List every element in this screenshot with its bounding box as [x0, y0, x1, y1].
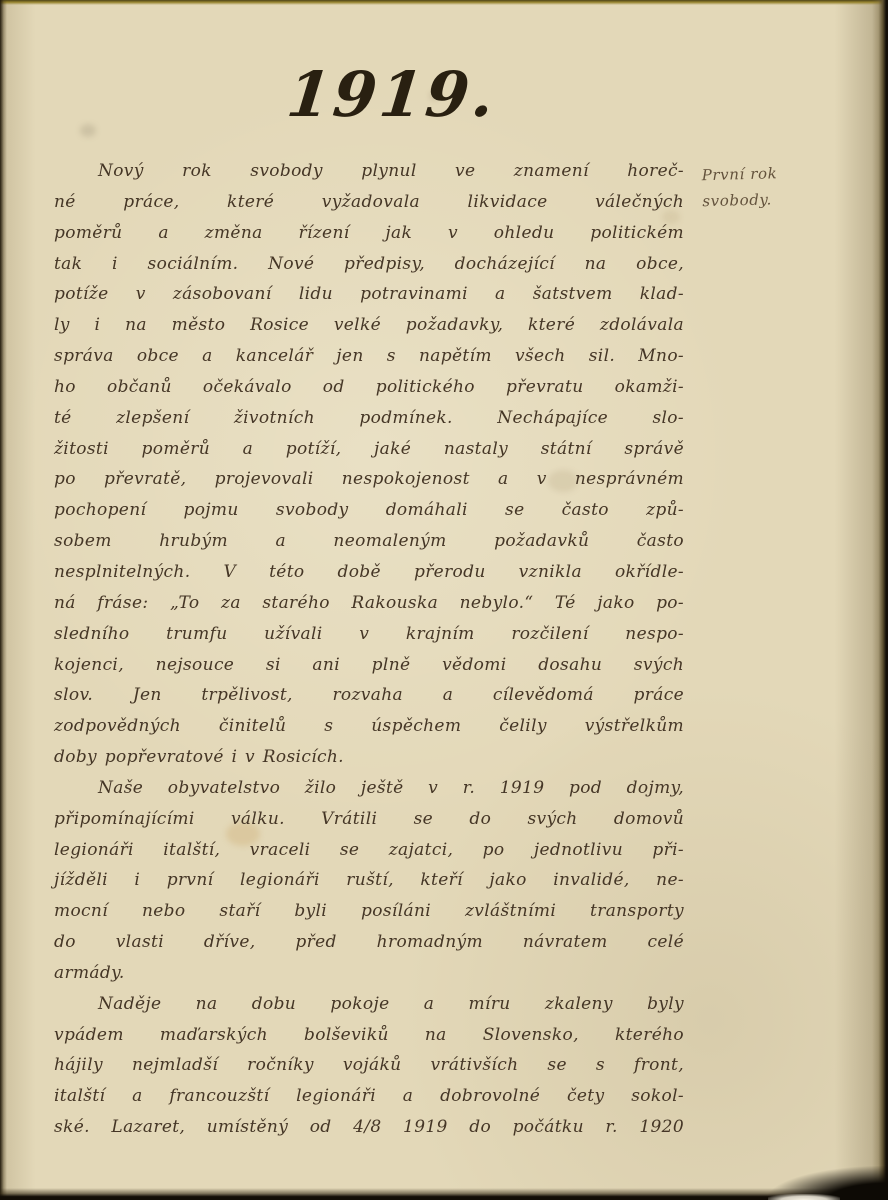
page-edge-right: [872, 0, 888, 1200]
handwritten-line: sledního trumfu užívali v krajním rozčil…: [54, 619, 684, 650]
handwritten-line: té zlepšení životních podmínek. Nechápaj…: [54, 403, 684, 434]
handwritten-line: ské. Lazaret, umístěný od 4/8 1919 do po…: [54, 1112, 684, 1143]
handwritten-line: pochopení pojmu svobody domáhali se čast…: [54, 495, 684, 526]
handwritten-line: správa obce a kancelář jen s napětím vše…: [54, 341, 684, 372]
handwritten-line: sobem hrubým a neomaleným požadavků čast…: [54, 526, 684, 557]
page-corner-shadow: [768, 1166, 888, 1200]
margin-note-line: svobody.: [702, 184, 873, 214]
page-edge-top: [0, 0, 888, 5]
handwritten-line: doby popřevratové i v Rosicích.: [54, 742, 684, 773]
handwritten-line: ly i na město Rosice velké požadavky, kt…: [54, 310, 684, 341]
chronicle-text: Nový rok svobody plynul ve znamení horeč…: [54, 156, 684, 1143]
page-edge-bottom: [0, 1188, 888, 1200]
handwritten-line: kojenci, nejsouce si ani plně vědomi dos…: [54, 650, 684, 681]
year-heading: 1919.: [278, 58, 506, 131]
handwritten-line: tak i sociálním. Nové předpisy, docházej…: [54, 249, 684, 280]
handwritten-line: ná fráse: „To za starého Rakouska nebylo…: [54, 588, 684, 619]
handwritten-line: Naše obyvatelstvo žilo ještě v r. 1919 p…: [54, 773, 684, 804]
handwritten-line: ho občanů očekávalo od politického převr…: [54, 372, 684, 403]
margin-note: První rok svobody.: [701, 158, 872, 214]
handwritten-line: né práce, které vyžadovala likvidace vál…: [54, 187, 684, 218]
handwritten-line: připomínajícími válku. Vrátili se do svý…: [54, 804, 684, 835]
next-page-sliver: [768, 1194, 840, 1200]
handwritten-line: potíže v zásobovaní lidu potravinami a š…: [54, 279, 684, 310]
handwritten-line: do vlasti dříve, před hromadným návratem…: [54, 927, 684, 958]
handwritten-line: italští a francouzští legionáři a dobrov…: [54, 1081, 684, 1112]
handwritten-line: po převratě, projevovali nespokojenost a…: [54, 464, 684, 495]
page-edge-left: [0, 0, 7, 1200]
handwritten-line: žitosti poměrů a potíží, jaké nastaly st…: [54, 434, 684, 465]
handwritten-line: zodpovědných činitelů s úspěchem čelily …: [54, 711, 684, 742]
handwritten-line: poměrů a změna řízení jak v ohledu polit…: [54, 218, 684, 249]
handwritten-line: legionáři italští, vraceli se zajatci, p…: [54, 835, 684, 866]
handwritten-line: jížděli i první legionáři ruští, kteří j…: [54, 865, 684, 896]
handwritten-line: mocní nebo staří byli posíláni zvláštním…: [54, 896, 684, 927]
handwritten-line: slov. Jen trpělivost, rozvaha a cílevědo…: [54, 680, 684, 711]
handwritten-line: armády.: [54, 958, 684, 989]
handwritten-line: Nový rok svobody plynul ve znamení horeč…: [54, 156, 684, 187]
paper-stain: [80, 124, 96, 137]
handwritten-line: nesplnitelných. V této době přerodu vzni…: [54, 557, 684, 588]
handwritten-line: Naděje na dobu pokoje a míru zkaleny byl…: [54, 989, 684, 1020]
handwritten-line: hájily nejmladší ročníky vojáků vrátivší…: [54, 1050, 684, 1081]
handwritten-line: vpádem maďarských bolševiků na Slovensko…: [54, 1020, 684, 1051]
scanned-chronicle-page: 1919. První rok svobody. Nový rok svobod…: [0, 0, 888, 1200]
